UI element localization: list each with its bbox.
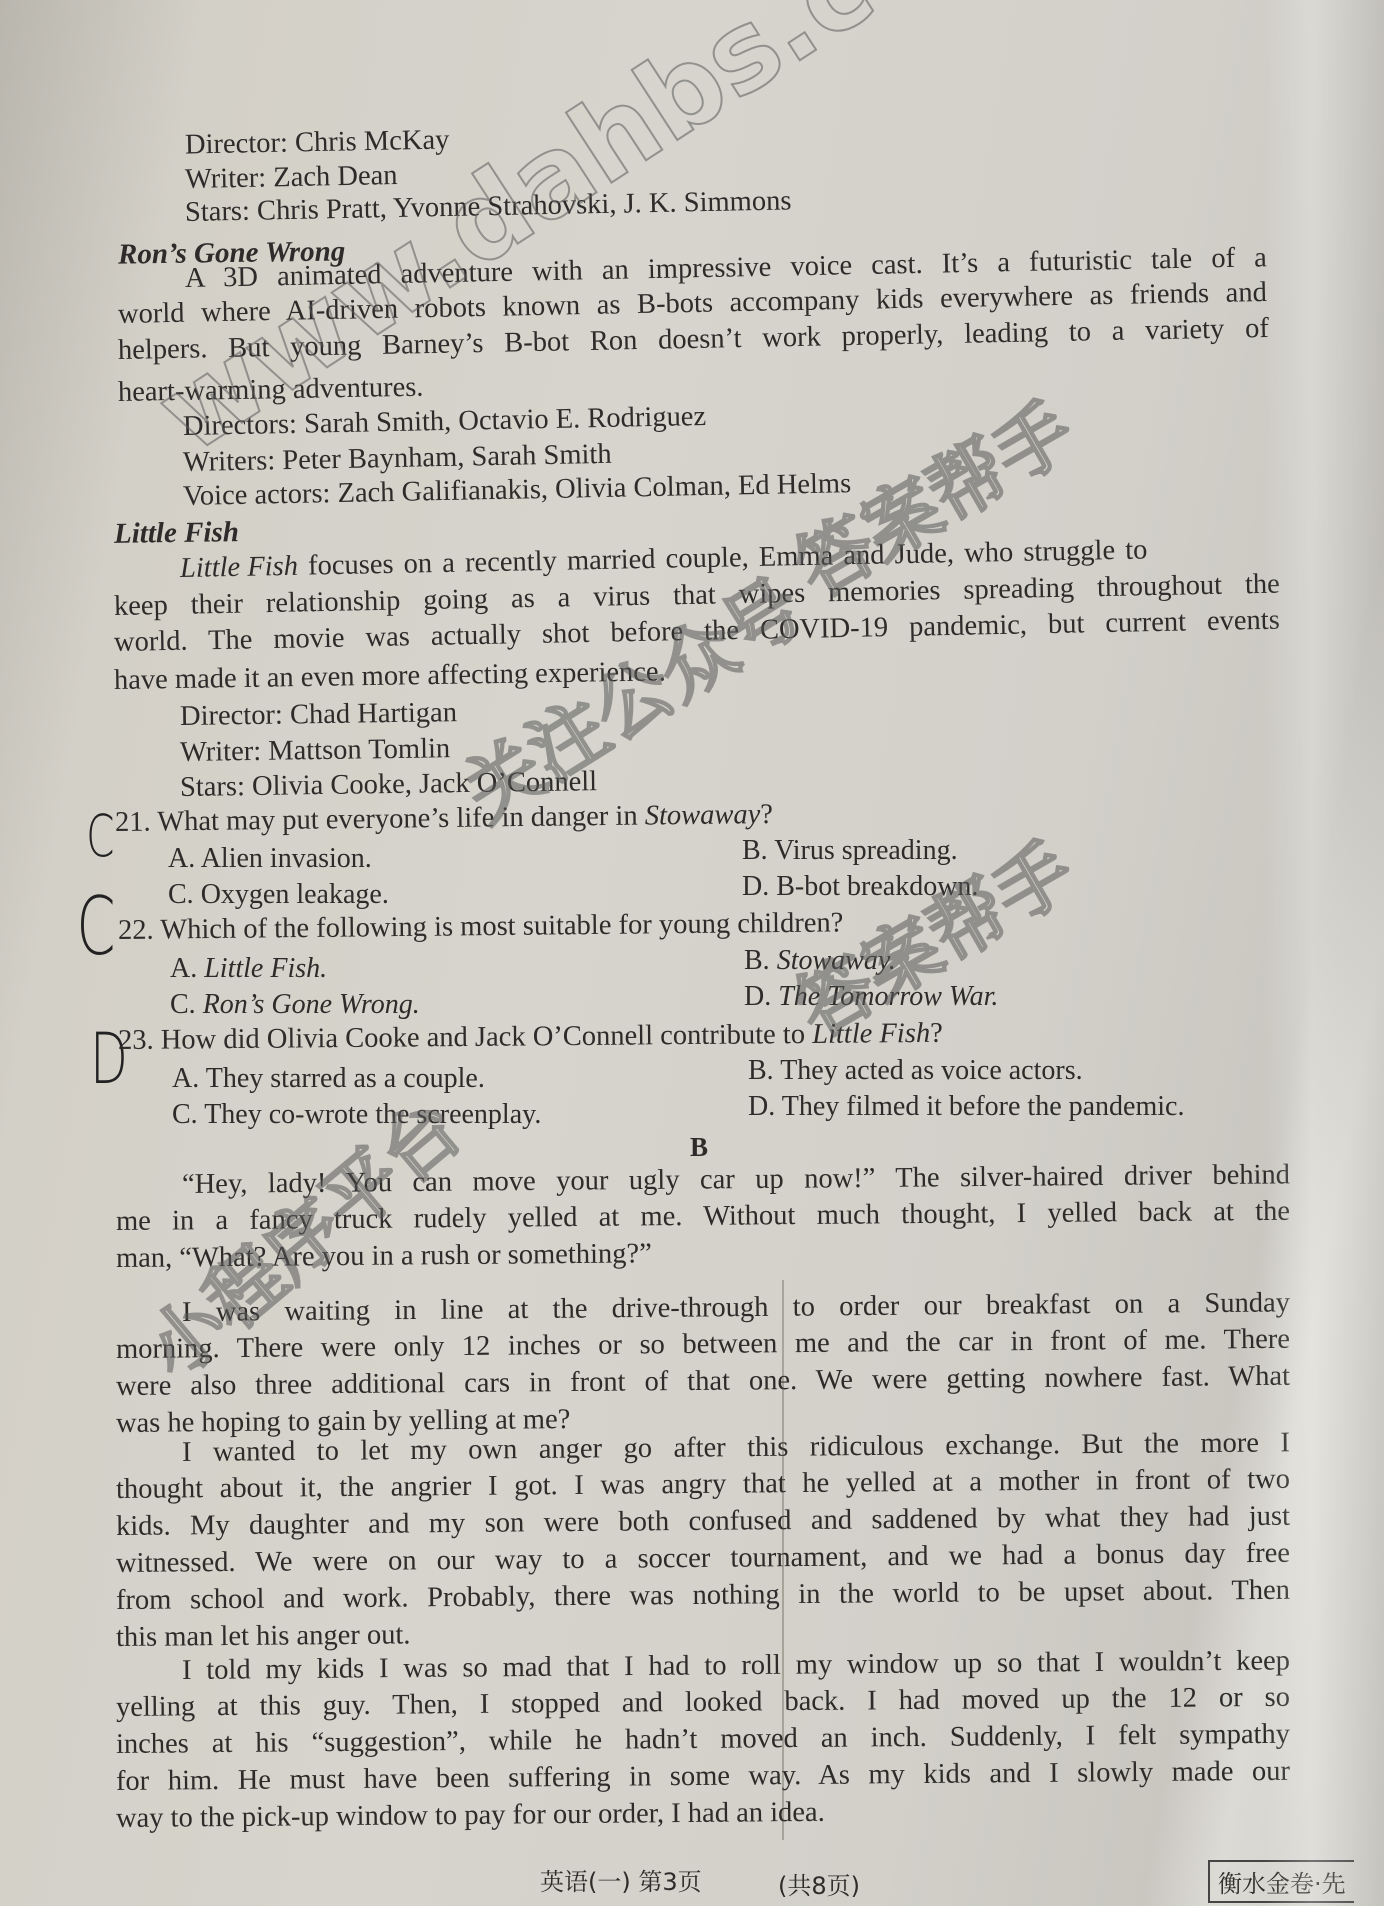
- passage-b-line: for him. He must have been suffering in …: [116, 1755, 1290, 1799]
- option-label: A.: [172, 1063, 199, 1094]
- passage-b-line: me in a fancy truck rudely yelled at me.…: [116, 1195, 1290, 1239]
- question-22-option-b[interactable]: B. Stowaway.: [744, 944, 896, 978]
- question-23-option-d[interactable]: D. They filmed it before the pandemic.: [748, 1090, 1184, 1124]
- option-text: Ron’s Gone Wrong.: [203, 989, 420, 1020]
- option-label: B.: [744, 945, 770, 976]
- question-21-option-d[interactable]: D. B-bot breakdown.: [742, 870, 978, 904]
- handwritten-answer-22: C: [76, 880, 115, 973]
- option-text: Little Fish.: [204, 953, 327, 984]
- option-text: They acted as voice actors.: [780, 1055, 1082, 1086]
- total-pages-label: (共8页): [778, 1866, 860, 1901]
- option-label: B.: [748, 1055, 774, 1086]
- option-text: They co-wrote the screenplay.: [204, 1099, 541, 1130]
- little-fish-director: Director: Chad Hartigan: [180, 696, 457, 734]
- handwritten-answer-21: C: [86, 802, 114, 870]
- stowaway-writer: Writer: Zach Dean: [185, 159, 398, 197]
- question-23-option-c[interactable]: C. They co-wrote the screenplay.: [172, 1098, 541, 1132]
- option-text: They filmed it before the pandemic.: [782, 1091, 1185, 1122]
- rons-gone-wrong-line-4: heart-warming adventures.: [118, 371, 424, 410]
- stowaway-director: Director: Chris McKay: [185, 123, 450, 162]
- question-23-italic: Little Fish: [812, 1018, 930, 1050]
- option-label: C.: [170, 989, 196, 1020]
- question-22-number: 22.: [118, 915, 154, 946]
- option-text: Oxygen leakage.: [201, 879, 389, 910]
- option-label: D.: [742, 871, 769, 902]
- question-23-number: 23.: [118, 1025, 154, 1056]
- page-number-label: 英语(一) 第3页: [540, 1862, 702, 1897]
- question-21-option-c[interactable]: C. Oxygen leakage.: [168, 878, 389, 912]
- question-23-end: ?: [930, 1018, 943, 1049]
- option-text: They starred as a couple.: [206, 1063, 485, 1094]
- question-23-stem: 23. How did Olivia Cooke and Jack O’Conn…: [118, 1017, 943, 1058]
- option-label: B.: [742, 835, 768, 866]
- option-text: The Tomorrow War.: [778, 981, 998, 1012]
- passage-b-line: this man let his anger out.: [116, 1618, 411, 1655]
- passage-b-line: were also three additional cars in front…: [116, 1360, 1290, 1404]
- question-21-italic: Stowaway: [645, 799, 761, 831]
- question-21-end: ?: [760, 799, 773, 830]
- little-fish-title: Little Fish: [114, 515, 239, 551]
- exam-page: Director: Chris McKay Writer: Zach Dean …: [0, 0, 1384, 1906]
- question-21-stem: 21. What may put everyone’s life in dang…: [115, 798, 773, 840]
- option-label: D.: [748, 1091, 775, 1122]
- question-22-option-a[interactable]: A. Little Fish.: [170, 952, 327, 986]
- option-text: Stowaway.: [777, 945, 896, 976]
- option-text: Alien invasion.: [201, 843, 372, 874]
- option-label: D.: [744, 981, 771, 1012]
- little-fish-stars: Stars: Olivia Cooke, Jack O’Connell: [180, 765, 598, 805]
- question-22-option-d[interactable]: D. The Tomorrow War.: [744, 980, 998, 1014]
- question-22-text: Which of the following is most suitable …: [160, 907, 843, 945]
- passage-b-line: way to the pick-up window to pay for our…: [116, 1796, 825, 1836]
- passage-b-line: man, “What? Are you in a rush or somethi…: [116, 1237, 652, 1276]
- little-fish-line-4: have made it an even more affecting expe…: [114, 655, 666, 698]
- question-23-option-b[interactable]: B. They acted as voice actors.: [748, 1054, 1083, 1088]
- page-edge-shadow: [1264, 0, 1384, 1906]
- question-22-option-c[interactable]: C. Ron’s Gone Wrong.: [170, 988, 420, 1022]
- question-21-option-b[interactable]: B. Virus spreading.: [742, 834, 958, 868]
- question-23-option-a[interactable]: A. They starred as a couple.: [172, 1062, 485, 1096]
- question-21-option-a[interactable]: A. Alien invasion.: [168, 842, 372, 876]
- section-b-heading: B: [690, 1130, 708, 1164]
- option-text: Virus spreading.: [774, 835, 957, 866]
- option-text: B-bot breakdown.: [776, 871, 978, 902]
- option-label: C.: [168, 879, 194, 910]
- question-23-text: How did Olivia Cooke and Jack O’Connell …: [161, 1019, 813, 1056]
- little-fish-writer: Writer: Mattson Tomlin: [180, 732, 451, 770]
- option-label: C.: [172, 1099, 198, 1130]
- option-label: A.: [170, 953, 197, 984]
- option-label: A.: [168, 843, 195, 874]
- passage-b-line: from school and work. Probably, there wa…: [116, 1574, 1290, 1618]
- paper-crease: [782, 1280, 784, 1840]
- question-21-text: What may put everyone’s life in danger i…: [157, 801, 645, 838]
- question-21-number: 21.: [115, 807, 151, 838]
- little-fish-inline-title: Little Fish: [180, 551, 299, 584]
- question-22-stem: 22. Which of the following is most suita…: [118, 906, 844, 948]
